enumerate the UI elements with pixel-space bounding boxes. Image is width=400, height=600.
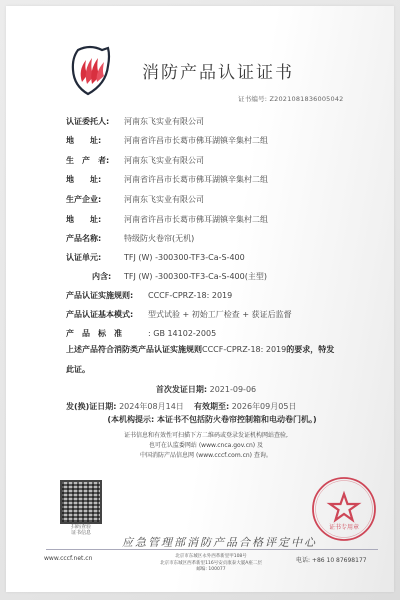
statement-prefix: 上述产品符合消防类产品认证实施规则 [66,345,202,354]
field-value: TFJ (W) -300300-TF3-Ca-S-400 [124,253,245,262]
statement-code: CCCF-CPRZ-18: 2019 [202,345,286,354]
field-label: 产品名称: [66,233,124,244]
field-label: 产品认证实施规则: [66,290,148,301]
address-line: 邮编: 100077 [126,567,296,574]
field-label: 地 址: [66,135,124,146]
field-label: 认证单元: [66,252,124,263]
qr-code[interactable] [60,480,102,524]
field-value: 河南东飞实业有限公司 [124,195,204,204]
footer-address: 北京市东城区永外西革新里甲108号 北京市东城区西革新里116号安贞康泰大厦A座… [126,554,296,574]
notice-line: 证书信息和有效性可扫描下方二维码或登录发证机构网站查验, [66,431,346,441]
certificate-page: 消防产品认证证书 证书编号: Z2021081836005042 认证委托人:河… [6,6,394,592]
field-product-standard: 产 品 标 准: GB 14102-2005 [66,328,216,339]
field-applicant-address: 地 址:河南省许昌市长葛市佛耳湖镇辛集村二组 [66,135,268,146]
conformity-statement: 上述产品符合消防类产品认证实施规则CCCF-CPRZ-18: 2019的要求，特… [66,340,338,380]
footer-website[interactable]: www.cccf.net.cn [44,555,92,562]
field-manufacturer: 生 产 者:河南东飞实业有限公司 [66,155,204,166]
field-value: 河南省许昌市长葛市佛耳湖镇辛集村二组 [124,136,268,145]
verification-notice: 证书信息和有效性可扫描下方二维码或登录发证机构网站查验, 也可在认监委网站 (w… [66,431,346,461]
certificate-number-value: Z2021081836005042 [269,95,343,103]
first-issue-date-row: 首次发证日期: 2021-09-06 [6,384,400,395]
field-label: 产品认证基本模式: [66,309,148,320]
field-certification-mode: 产品认证基本模式:型式试验 + 初始工厂检查 + 获证后监督 [66,309,292,320]
field-label: 内含: [92,271,124,282]
official-seal-icon: 证书专用章 [311,476,377,542]
field-value: 特级防火卷帘(无机) [124,234,194,243]
notice-line: 中国消防产品信息网 (www.cccf.com.cn) 查询。 [66,451,346,461]
field-value: TFJ (W) -300300-TF3-Ca-S-400(主型) [124,272,267,281]
footer-phone: 电话: +86 10 87698177 [296,555,367,564]
field-value: 型式试验 + 初始工厂检查 + 获证后监督 [148,310,292,319]
first-issue-date: 2021-09-06 [210,385,257,394]
field-label: 地 址: [66,174,124,185]
valid-until-label: 有效期至: [194,402,229,411]
field-certification-unit: 认证单元:TFJ (W) -300300-TF3-Ca-S-400 [66,252,245,263]
qr-caption: 扫码查验 证书信息 [60,524,102,536]
footer-divider [46,549,378,550]
field-value: 河南东飞实业有限公司 [124,117,204,126]
field-applicant: 认证委托人:河南东飞实业有限公司 [66,116,204,127]
field-production-enterprise: 生产企业:河南东飞实业有限公司 [66,194,204,205]
issue-date: 2024年08月14日 [119,402,184,411]
field-value: CCCF-CPRZ-18: 2019 [148,291,232,300]
field-label: 生 产 者: [66,155,124,166]
field-enterprise-address: 地 址:河南省许昌市长葛市佛耳湖镇辛集村二组 [66,214,268,225]
certificate-title: 消防产品认证证书 [142,58,294,83]
field-product-name: 产品名称:特级防火卷帘(无机) [66,233,194,244]
field-implementation-rules: 产品认证实施规则:CCCF-CPRZ-18: 2019 [66,290,232,301]
field-label: 认证委托人: [66,116,124,127]
field-value: : GB 14102-2005 [148,329,216,338]
valid-until-date: 2026年09月05日 [232,402,297,411]
field-label: 地 址: [66,214,124,225]
field-value: 河南省许昌市长葛市佛耳湖镇辛集村二组 [124,215,268,224]
issue-validity-row: 发(换)证日期: 2024年08月14日 有效期至: 2026年09月05日 [66,401,296,412]
field-value: 河南东飞实业有限公司 [124,156,204,165]
qr-caption-line: 证书信息 [60,530,102,536]
field-label: 生产企业: [66,194,124,205]
notice-line: 也可在认监委网站 (www.cnca.gov.cn) 及 [66,441,346,451]
issue-date-label: 发(换)证日期: [66,402,117,411]
field-value: 河南省许昌市长葛市佛耳湖镇辛集村二组 [124,175,268,184]
field-label: 产 品 标 准 [66,328,148,339]
certificate-number-label: 证书编号: [238,95,267,103]
field-manufacturer-address: 地 址:河南省许昌市长葛市佛耳湖镇辛集村二组 [66,174,268,185]
issuing-authority: 应急管理部消防产品合格评定中心 [122,534,317,550]
field-includes: 内含:TFJ (W) -300300-TF3-Ca-S-400(主型) [92,271,267,282]
certificate-number: 证书编号: Z2021081836005042 [238,94,344,103]
svg-text:证书专用章: 证书专用章 [329,523,359,531]
institution-note: (本机构提示: 本证书不包括防火卷帘控制箱和电动卷门机。) [12,414,400,425]
first-issue-label: 首次发证日期: [156,385,207,394]
fire-shield-logo-icon [68,42,116,98]
